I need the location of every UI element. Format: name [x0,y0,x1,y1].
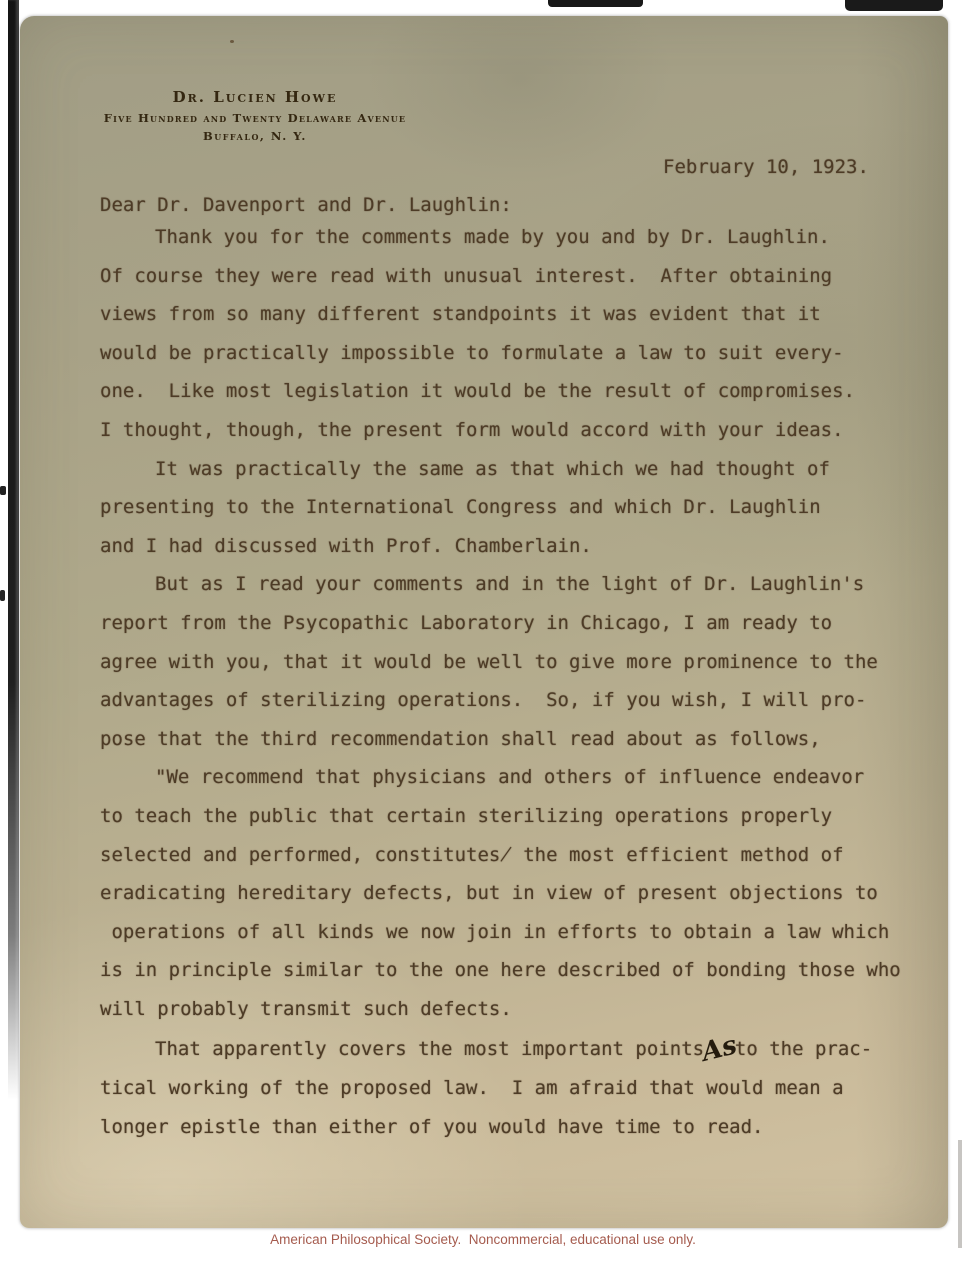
letter-line: "We recommend that physicians and others… [100,758,930,797]
letter-line: is in principle similar to the one here … [100,951,930,990]
letter-line: It was practically the same as that whic… [100,450,930,489]
letter-page: Dr. Lucien Howe Five Hundred and Twenty … [20,16,948,1228]
letter-line: advantages of sterilizing operations. So… [100,681,930,720]
letterhead-address: Five Hundred and Twenty Delaware Avenue [45,111,465,125]
scan-edge-top-patch [845,0,943,11]
letter-line: That apparently covers the most importan… [100,1028,930,1069]
letter-line: Of course they were read with unusual in… [100,257,930,296]
letter-line: selected and performed, constitutes̸ the… [100,836,930,875]
letter-line: I thought, though, the present form woul… [100,411,930,450]
scan-edge-mark [0,590,5,601]
letterhead-city: Buffalo, N. Y. [45,129,465,143]
scan-edge-left [8,0,19,1100]
letter-line: and I had discussed with Prof. Chamberla… [100,527,930,566]
letter-line: to teach the public that certain sterili… [100,797,930,836]
paper-speck [230,40,234,43]
letter-line: presenting to the International Congress… [100,488,930,527]
scanned-letter-view: Dr. Lucien Howe Five Hundred and Twenty … [0,0,966,1262]
letter-line: would be practically impossible to formu… [100,334,930,373]
letterhead: Dr. Lucien Howe Five Hundred and Twenty … [45,88,465,143]
archive-footer: American Philosophical Society. Noncomme… [0,1232,966,1247]
letter-line: report from the Psycopathic Laboratory i… [100,604,930,643]
letter-body: Thank you for the comments made by you a… [100,218,930,1146]
letter-line: longer epistle than either of you would … [100,1108,930,1147]
handwritten-insert: As [698,1027,741,1073]
letter-line: tical working of the proposed law. I am … [100,1069,930,1108]
scan-edge-mark [0,486,6,495]
letter-line: agree with you, that it would be well to… [100,643,930,682]
letter-date: February 10, 1923. [663,148,869,187]
letter-line: But as I read your comments and in the l… [100,565,930,604]
letter-line: Thank you for the comments made by you a… [100,218,930,257]
letter-line: operations of all kinds we now join in e… [100,913,930,952]
letter-line: pose that the third recommendation shall… [100,720,930,759]
letter-line: views from so many different standpoints… [100,295,930,334]
letterhead-name: Dr. Lucien Howe [45,88,465,106]
scan-edge-top-patch [548,0,643,7]
letter-line: eradicating hereditary defects, but in v… [100,874,930,913]
letter-line: one. Like most legislation it would be t… [100,372,930,411]
letter-line: will probably transmit such defects. [100,990,930,1029]
